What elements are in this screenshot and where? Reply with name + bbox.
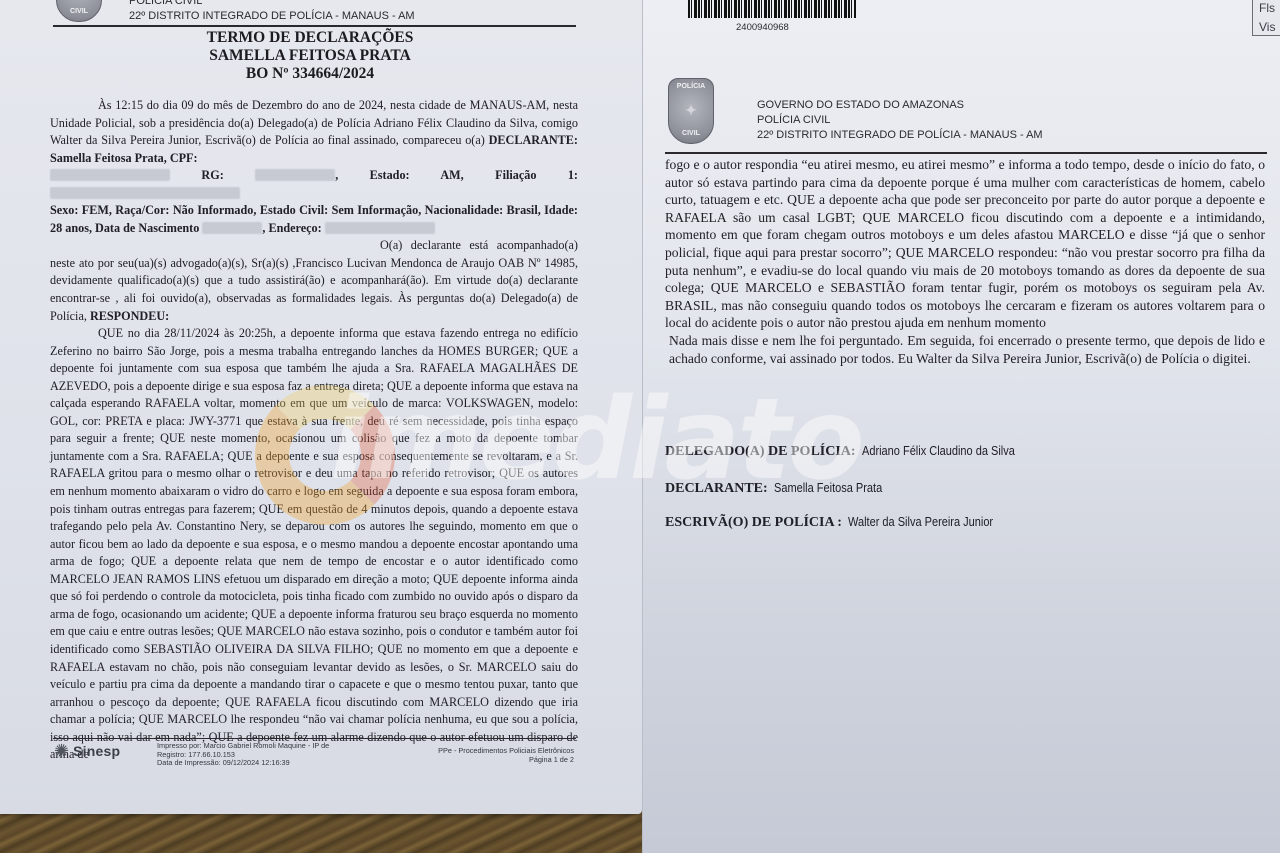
barcode	[688, 0, 856, 18]
print-info: Impresso por: Marcio Gabriel Romoli Maqu…	[157, 742, 329, 768]
declaration-body: Às 12:15 do dia 09 do mês de Dezembro do…	[50, 97, 578, 764]
wooden-table-surface	[0, 810, 642, 853]
page-number: Página 1 de 2	[438, 756, 574, 765]
header-text: GOVERNO DO ESTADO DO AMAZONAS POLÍCIA CI…	[757, 98, 1043, 143]
continuation-paragraph: fogo e o autor respondia “eu atirei mesm…	[665, 156, 1265, 332]
redacted-cpf	[50, 169, 170, 181]
header-rule	[665, 152, 1267, 154]
police-badge-icon: POLÍCIA ✦ CIVIL	[56, 0, 102, 22]
statement-paragraph: QUE no dia 28/11/2024 às 20:25h, a depoe…	[50, 325, 578, 764]
signature-delegado: DELEGADO(A) DE POLÍCIA:Adriano Félix Cla…	[665, 443, 1035, 460]
badge-label: CIVIL	[682, 130, 700, 137]
barcode-number: 2400940968	[736, 22, 789, 33]
footer-rule	[53, 738, 576, 739]
intro-paragraph: Às 12:15 do dia 09 do mês de Dezembro do…	[50, 97, 578, 237]
document-page-1: POLÍCIA ✦ CIVIL POLÍCIA CIVIL 22º DISTRI…	[0, 0, 642, 814]
continuation-body: fogo e o autor respondia “eu atirei mesm…	[665, 156, 1265, 367]
police-badge-icon: POLÍCIA ✦ CIVIL	[668, 78, 714, 144]
header-text: POLÍCIA CIVIL 22º DISTRITO INTEGRADO DE …	[129, 0, 415, 24]
redacted-rg	[255, 169, 335, 181]
signature-escrivao: ESCRIVÃ(O) DE POLÍCIA :Walter da Silva P…	[665, 514, 1013, 531]
accompanied-paragraph: O(a) declarante está acompanhado(a) nest…	[50, 237, 578, 325]
redacted-address	[325, 222, 435, 234]
redacted-birthdate	[202, 222, 262, 234]
signature-declarante: DECLARANTE:Samella Feitosa Prata	[665, 480, 897, 497]
closing-paragraph: Nada mais disse e nem lhe foi perguntado…	[665, 332, 1265, 367]
sinesp-logo: ✺ Sinesp	[54, 742, 120, 760]
redacted-filiacao	[50, 187, 240, 199]
emblem-icon: ✦	[685, 103, 697, 117]
document-title: TERMO DE DECLARAÇÕES SAMELLA FEITOSA PRA…	[0, 29, 620, 83]
header-rule	[53, 25, 576, 27]
badge-label: CIVIL	[70, 8, 88, 15]
sinesp-logo-icon: ✺	[54, 742, 69, 760]
stamp-box: Fls Vis	[1252, 0, 1280, 36]
system-page-info: PPe - Procedimentos Policiais Eletrônico…	[438, 747, 574, 764]
